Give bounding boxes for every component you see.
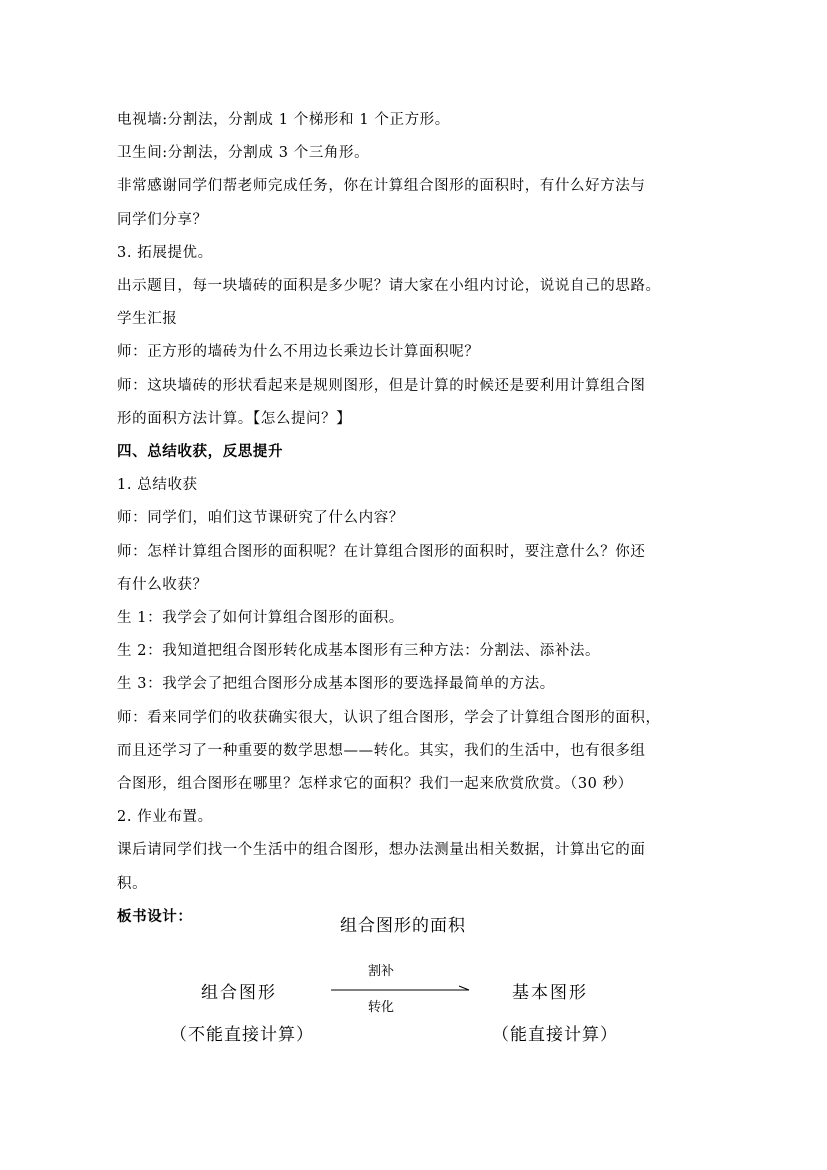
paragraph-teacher-ask2: 师：怎样计算组合图形的面积呢？在计算组合图形的面积时，要注意什么？你还 <box>117 536 711 569</box>
paragraph-teacher-ask: 师：同学们，咱们这节课研究了什么内容？ <box>117 502 711 535</box>
paragraph-thanks: 非常感谢同学们帮老师完成任务，你在计算组合图形的面积时，有什么好方法与 <box>117 170 711 203</box>
paragraph-teacher-q1: 师：正方形的墙砖为什么不用边长乘边长计算面积呢？ <box>117 336 711 369</box>
board-right-label: 基本图形 <box>512 978 588 1003</box>
paragraph-tv-wall: 电视墙:分割法，分割成 1 个梯形和 1 个正方形。 <box>117 104 711 137</box>
paragraph-teacher-conclusion-2: 而且还学习了一种重要的数学思想——转化。其实，我们的生活中，也有很多组 <box>117 735 711 768</box>
document-body: 电视墙:分割法，分割成 1 个梯形和 1 个正方形。 卫生间:分割法，分割成 3… <box>117 104 711 934</box>
section-heading-summary: 四、总结收获，反思提升 <box>117 436 711 469</box>
paragraph-bathroom: 卫生间:分割法，分割成 3 个三角形。 <box>117 137 711 170</box>
board-title: 组合图形的面积 <box>340 911 466 936</box>
board-right-note: （能直接计算） <box>492 1020 618 1045</box>
paragraph-student-2: 生 2：我知道把组合图形转化成基本图形有三种方法：分割法、添补法。 <box>117 635 711 668</box>
arrow-label-top: 割补 <box>368 960 394 979</box>
paragraph-thanks-cont: 同学们分享？ <box>117 204 711 237</box>
subheading-homework: 2. 作业布置。 <box>117 801 711 834</box>
paragraph-question: 出示题目，每一块墙砖的面积是多少呢？请大家在小组内讨论，说说自己的思路。 <box>117 270 711 303</box>
paragraph-student-3: 生 3：我学会了把组合图形分成基本图形的要选择最简单的方法。 <box>117 668 711 701</box>
board-left-note: （不能直接计算） <box>170 1020 314 1045</box>
paragraph-teacher-q2: 师：这块墙砖的形状看起来是规则图形，但是计算的时候还是要利用计算组合图 <box>117 370 711 403</box>
subheading-summary: 1. 总结收获 <box>117 469 711 502</box>
paragraph-homework-cont: 积。 <box>117 868 711 901</box>
paragraph-student-report: 学生汇报 <box>117 303 711 336</box>
paragraph-student-1: 生 1：我学会了如何计算组合图形的面积。 <box>117 602 711 635</box>
arrow-right-icon <box>331 984 471 992</box>
arrow-label-bottom: 转化 <box>368 996 394 1015</box>
board-left-label: 组合图形 <box>201 978 277 1003</box>
paragraph-teacher-conclusion: 师：看来同学们的收获确实很大，认识了组合图形，学会了计算组合图形的面积， <box>117 702 711 735</box>
heading-extend: 3. 拓展提优。 <box>117 237 711 270</box>
paragraph-homework: 课后请同学们找一个生活中的组合图形，想办法测量出相关数据，计算出它的面 <box>117 834 711 867</box>
paragraph-teacher-conclusion-3: 合图形，组合图形在哪里？怎样求它的面积？我们一起来欣赏欣赏。（30 秒） <box>117 768 711 801</box>
paragraph-teacher-q2-cont: 形的面积方法计算。【怎么提问？】 <box>117 403 711 436</box>
paragraph-teacher-ask2-cont: 有什么收获？ <box>117 569 711 602</box>
